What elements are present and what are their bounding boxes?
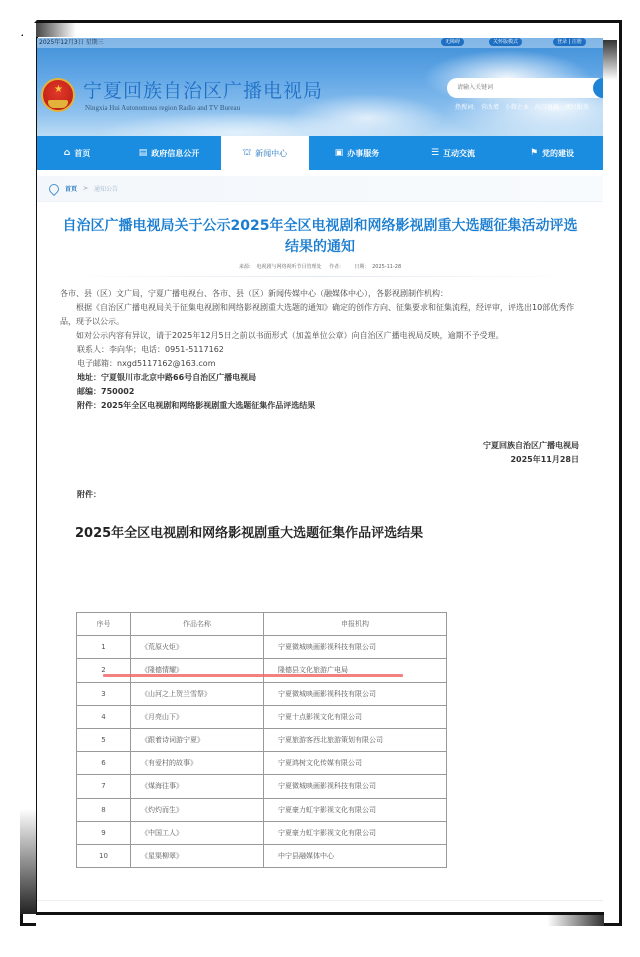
frame-shade bbox=[603, 40, 617, 80]
cell-org: 宁夏微城映画影视科技有限公司 bbox=[264, 636, 447, 659]
attachment-label: 附件： bbox=[77, 489, 603, 500]
breadcrumb-current[interactable]: 通知公告 bbox=[94, 184, 118, 193]
table-row: 9 《中国工人》 宁夏豪力虹宇影视文化有限公司 bbox=[77, 821, 447, 844]
nav-label: 新闻中心 bbox=[255, 148, 287, 159]
meta-author-label: 作者: bbox=[329, 264, 341, 270]
nav-item-interaction[interactable]: ☰ 互动交流 bbox=[405, 136, 501, 170]
breadcrumb-home[interactable]: 首页 bbox=[65, 184, 77, 193]
meta-source-label: 来源: bbox=[239, 264, 251, 270]
paragraph: 如对公示内容有异议，请于2025年12月5日之前以书面形式（加盖单位公章）向自治… bbox=[60, 329, 581, 343]
header-title: 作品名称 bbox=[131, 613, 264, 636]
nav-item-home[interactable]: ⌂ 首页 bbox=[37, 136, 117, 170]
table-title: 2025年全区电视剧和网络影视剧重大选题征集作品评选结果 bbox=[75, 522, 603, 541]
salutation: 各市、县（区）文广局，宁夏广播电视台、各市、县（区）新闻传媒中心（融媒体中心），… bbox=[60, 287, 581, 301]
cell-title: 《有爱村的故事》 bbox=[131, 752, 264, 775]
cell-title: 《山河之上贺兰雪祭》 bbox=[131, 682, 264, 705]
site-subtitle: Ningxia Hui Autonomous region Radio and … bbox=[85, 104, 240, 112]
nav-label: 党的建设 bbox=[542, 148, 574, 159]
article-body: 各市、县（区）文广局，宁夏广播电视台、各市、县（区）新闻传媒中心（融媒体中心），… bbox=[37, 277, 603, 413]
national-emblem-icon bbox=[41, 78, 75, 112]
signature-date: 2025年11月28日 bbox=[37, 453, 579, 467]
cell-number: 5 bbox=[77, 728, 131, 751]
contact-email: 电子邮箱：nxgd5117162@163.com bbox=[60, 357, 581, 371]
header-number: 序号 bbox=[77, 613, 131, 636]
breadcrumb: 首页 > 通知公告 bbox=[37, 176, 603, 202]
meta-date: 2025-11-28 bbox=[372, 264, 401, 270]
care-mode-link[interactable]: 关怀版模式 bbox=[489, 38, 522, 46]
cell-number: 2 bbox=[77, 659, 131, 682]
divider bbox=[37, 900, 603, 901]
cell-org: 宁夏旅游客西北旅游策划有限公司 bbox=[264, 728, 447, 751]
contact-postcode: 邮编：750002 bbox=[60, 385, 581, 399]
paragraph: 根据《自治区广播电视局关于征集电视剧和网络影视剧重大选题的通知》确定的创作方向、… bbox=[60, 301, 581, 329]
breadcrumb-separator: > bbox=[83, 185, 88, 192]
cell-org: 宁夏微城映画影视科技有限公司 bbox=[264, 775, 447, 798]
cell-number: 8 bbox=[77, 798, 131, 821]
attachment-link[interactable]: 附件：2025年全区电视剧和网络影视剧重大选题征集作品评选结果 bbox=[60, 399, 581, 413]
hot-word-link[interactable]: 便民服务 bbox=[565, 104, 589, 111]
nav-label: 首页 bbox=[74, 148, 90, 159]
cell-number: 3 bbox=[77, 682, 131, 705]
cell-org: 宁夏十点影视文化有限公司 bbox=[264, 705, 447, 728]
site-title: 宁夏回族自治区广播电视局 bbox=[83, 76, 323, 103]
cell-org: 隆德县文化旅游广电局 bbox=[264, 659, 447, 682]
cell-title: 《跟着诗词游宁夏》 bbox=[131, 728, 264, 751]
table-row: 4 《月亮山下》 宁夏十点影视文化有限公司 bbox=[77, 705, 447, 728]
nav-item-news-center[interactable]: ⛫ 新闻中心 bbox=[221, 136, 309, 170]
hot-words-label: 热搜词: bbox=[455, 104, 475, 111]
table-row: 10 《星渠柳翠》 中宁县融媒体中心 bbox=[77, 844, 447, 867]
table-row: 1 《荒原火炬》 宁夏微城映画影视科技有限公司 bbox=[77, 636, 447, 659]
hot-word-link[interactable]: 营改增 bbox=[481, 104, 499, 111]
webpage: 2025年12月3日 星期三 无障碍 关怀版模式 登录 | 注册 宁夏回族自治区… bbox=[37, 38, 603, 912]
cell-org: 中宁县融媒体中心 bbox=[264, 844, 447, 867]
main-nav: ⌂ 首页 ▤ 政府信息公开 ⛫ 新闻中心 ▣ 办事服务 ☰ 互动交流 ⚑ 党的建… bbox=[37, 136, 603, 170]
cell-number: 6 bbox=[77, 752, 131, 775]
cell-title: 《煤海往事》 bbox=[131, 775, 264, 798]
nav-item-party-building[interactable]: ⚑ 党的建设 bbox=[501, 136, 603, 170]
search-input[interactable] bbox=[447, 78, 603, 98]
site-header: 2025年12月3日 星期三 无障碍 关怀版模式 登录 | 注册 宁夏回族自治区… bbox=[37, 38, 603, 136]
location-pin-icon bbox=[47, 181, 61, 195]
highlight-underline bbox=[103, 674, 403, 677]
frame-shade bbox=[36, 23, 76, 37]
meta-source: 电视剧与网络视听节目管理处 bbox=[257, 264, 322, 270]
cell-org: 宁夏微城映画影视科技有限公司 bbox=[264, 682, 447, 705]
login-register-link[interactable]: 登录 | 注册 bbox=[553, 38, 586, 46]
chat-icon: ☰ bbox=[431, 149, 439, 158]
flag-icon: ⚑ bbox=[530, 149, 538, 158]
table-row: 5 《跟着诗词游宁夏》 宁夏旅游客西北旅游策划有限公司 bbox=[77, 728, 447, 751]
signature: 宁夏回族自治区广播电视局 2025年11月28日 bbox=[37, 439, 603, 467]
frame-edge-left bbox=[20, 36, 38, 914]
nav-label: 政府信息公开 bbox=[151, 148, 199, 159]
nav-label: 办事服务 bbox=[347, 148, 379, 159]
current-date: 2025年12月3日 星期三 bbox=[39, 38, 104, 47]
article-title: 自治区广播电视局关于公示2025年全区电视剧和网络影视剧重大选题征集活动评选结果… bbox=[37, 216, 603, 258]
hot-word-link[interactable]: 出口退税 bbox=[535, 104, 559, 111]
accessibility-link[interactable]: 无障碍 bbox=[441, 38, 464, 46]
table-row: 3 《山河之上贺兰雪祭》 宁夏微城映画影视科技有限公司 bbox=[77, 682, 447, 705]
header-org: 申报机构 bbox=[264, 613, 447, 636]
table-row: 2 《隆德情耀》 隆德县文化旅游广电局 bbox=[77, 659, 447, 682]
briefcase-icon: ▣ bbox=[335, 149, 344, 158]
cell-number: 7 bbox=[77, 775, 131, 798]
cell-org: 宁夏豪力虹宇影视文化有限公司 bbox=[264, 821, 447, 844]
cell-org: 宁夏鸿树文化传媒有限公司 bbox=[264, 752, 447, 775]
nav-item-gov-info[interactable]: ▤ 政府信息公开 bbox=[117, 136, 221, 170]
table-header-row: 序号 作品名称 申报机构 bbox=[77, 613, 447, 636]
building-icon: ⛫ bbox=[243, 149, 251, 158]
cell-title: 《月亮山下》 bbox=[131, 705, 264, 728]
cell-title: 《荒原火炬》 bbox=[131, 636, 264, 659]
cell-number: 1 bbox=[77, 636, 131, 659]
nav-label: 互动交流 bbox=[443, 148, 475, 159]
contact-person: 联系人：李向华；电话：0951-5117162 bbox=[60, 343, 581, 357]
frame-edge-bottom bbox=[36, 912, 604, 926]
meta-date-label: 日期: bbox=[354, 264, 366, 270]
home-icon: ⌂ bbox=[64, 149, 70, 158]
cell-title: 《灼灼而生》 bbox=[131, 798, 264, 821]
hot-word-link[interactable]: 小微企业 bbox=[505, 104, 529, 111]
cell-number: 4 bbox=[77, 705, 131, 728]
contact-address: 地址：宁夏银川市北京中路66号自治区广播电视局 bbox=[60, 371, 581, 385]
results-table: 序号 作品名称 申报机构 1 《荒原火炬》 宁夏微城映画影视科技有限公司 2 《… bbox=[76, 612, 447, 868]
cell-title: 《中国工人》 bbox=[131, 821, 264, 844]
cell-title: 《星渠柳翠》 bbox=[131, 844, 264, 867]
article-meta: 来源:电视剧与网络视听节目管理处 作者: 日期:2025-11-28 bbox=[37, 263, 603, 270]
table-row: 7 《煤海往事》 宁夏微城映画影视科技有限公司 bbox=[77, 775, 447, 798]
monitor-icon: ▤ bbox=[139, 149, 148, 158]
cell-number: 10 bbox=[77, 844, 131, 867]
signature-org: 宁夏回族自治区广播电视局 bbox=[37, 439, 579, 453]
cell-title: 《隆德情耀》 bbox=[131, 659, 264, 682]
hot-words: 热搜词: 营改增 小微企业 出口退税 便民服务 bbox=[455, 102, 593, 111]
cell-number: 9 bbox=[77, 821, 131, 844]
nav-item-services[interactable]: ▣ 办事服务 bbox=[309, 136, 405, 170]
cell-org: 宁夏豪力虹宇影视文化有限公司 bbox=[264, 798, 447, 821]
table-row: 8 《灼灼而生》 宁夏豪力虹宇影视文化有限公司 bbox=[77, 798, 447, 821]
table-row: 6 《有爱村的故事》 宁夏鸿树文化传媒有限公司 bbox=[77, 752, 447, 775]
